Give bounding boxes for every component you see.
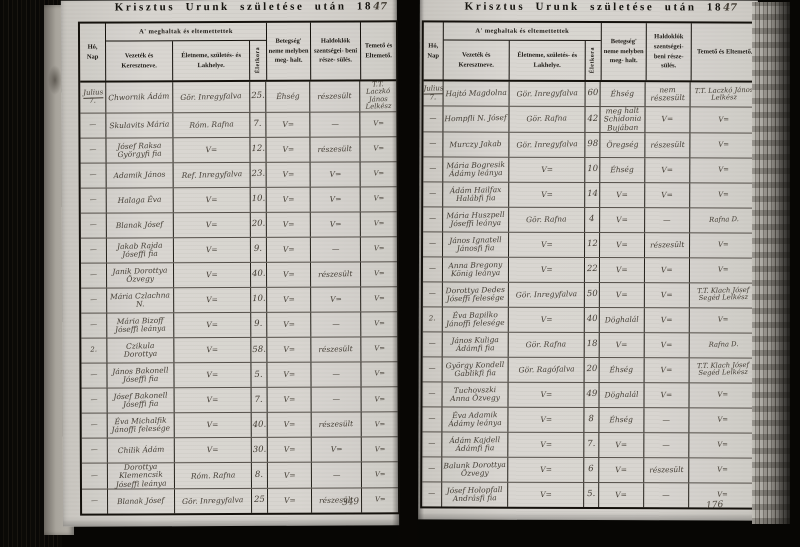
disease-cell: V=	[267, 263, 311, 287]
residence-cell: V=	[508, 383, 584, 407]
name-cell: György Kondell Gablikfi fia	[443, 357, 509, 381]
name-cell: Hompfli N. Jósef	[443, 107, 509, 132]
name-cell: Jósef Holopfall Andrásfi fia	[442, 482, 508, 506]
disease-cell: V=	[599, 433, 644, 457]
age-cell: 9.	[251, 238, 267, 262]
name-cell: János Bakonell Jóseffi fia	[107, 363, 174, 387]
table-row: — Ádám Hailfax Halábfi fia V= 14 V= V= V…	[423, 182, 757, 208]
sacrament-cell: V=	[311, 187, 361, 211]
age-cell: 6	[584, 458, 599, 482]
name-cell: Skulavits Mária	[106, 113, 173, 137]
residence-cell: Gör. Inregyfalva	[173, 82, 250, 112]
month-day-cell: —	[81, 163, 107, 187]
disease-cell: Éhség	[599, 408, 644, 432]
disease-cell: V=	[600, 183, 645, 207]
header-group-deceased: A' meghaltak és eltemettettek Vezeték és…	[106, 23, 267, 81]
residence-cell: V=	[173, 138, 250, 162]
disease-cell: Döghalál	[600, 308, 645, 332]
month-day-cell: —	[81, 189, 107, 213]
day-entry: —	[428, 390, 435, 398]
table-row: — György Kondell Gablikfi fia Gör. Ragóf…	[423, 357, 757, 383]
month-day-cell: —	[81, 289, 107, 313]
book-scan: Krisztus Urunk születése után 1847 Hó, N…	[0, 0, 800, 547]
burial-cell: T.T. Laczkó János Lelkész	[360, 81, 396, 111]
residence-cell: V=	[174, 238, 251, 262]
month-day-cell: —	[422, 407, 442, 431]
age-cell: 8.	[252, 463, 268, 488]
sacrament-cell: —	[310, 112, 360, 136]
residence-cell: Ref. Inregyfalva	[174, 163, 251, 187]
disease-cell: V=	[268, 489, 312, 513]
title-year-handwritten: 47	[373, 1, 387, 12]
name-cell: Mária Czlachna N.	[107, 288, 174, 312]
burial-cell: V=	[689, 458, 756, 482]
table-row: — János Ignatell Jánosfi fia V= 12 V= ré…	[423, 232, 757, 258]
disease-cell: V=	[600, 283, 645, 307]
residence-cell: V=	[174, 263, 251, 287]
month-day-cell: —	[81, 264, 107, 288]
residence-cell: Róm. Rafna	[175, 463, 252, 488]
header-name: Vezeték és Keresztneve.	[444, 40, 510, 79]
day-entry: —	[429, 340, 436, 348]
burial-cell: V=	[690, 308, 757, 332]
table-row: — Tuchovszki Anna Özvegy V= 49 Döghalál …	[422, 382, 756, 408]
title-printed-text: Krisztus Urunk születése után 18	[115, 0, 373, 13]
residence-cell: V=	[508, 408, 584, 432]
header-group-label: A' meghaltak és eltemettettek	[444, 22, 601, 41]
day-entry: —	[90, 197, 97, 205]
name-cell: Halaga Éva	[107, 188, 174, 212]
page-title: Krisztus Urunk születése után 1847	[101, 0, 401, 13]
residence-cell: V=	[508, 483, 584, 507]
day-entry: —	[90, 247, 97, 255]
burial-cell: V=	[689, 408, 756, 432]
residence-cell: V=	[175, 413, 252, 437]
disease-cell: Éhség	[266, 82, 310, 112]
table-row: — Jakab Rajda Jóseffi fia V= 9. V= — V=	[81, 237, 397, 263]
table-row: — János Kuliga Ádámfi fia Gör. Rafna 18 …	[423, 332, 757, 358]
age-cell: 5.	[584, 483, 599, 507]
table-row: — Mária Czlachna N. V= 10. V= V= V=	[81, 287, 397, 313]
name-cell: Chwornik Ádám	[106, 82, 173, 112]
book-binding-gutter	[392, 0, 424, 547]
day-entry: —	[90, 397, 97, 405]
disease-cell: V=	[267, 288, 311, 312]
residence-cell: V=	[508, 458, 584, 482]
age-cell: 40.	[252, 413, 268, 437]
table-row: — Mária Bizoff Jóseffi leánya V= 9. V= —…	[81, 312, 397, 338]
day-entry: —	[429, 140, 436, 148]
burial-cell: Rafna D.	[690, 208, 757, 232]
table-row: — Balunk Dorottya Özvegy V= 6 V= részesü…	[422, 457, 756, 483]
day-entry: —	[90, 222, 97, 230]
burial-cell: Rafna D.	[690, 333, 757, 357]
age-cell: 60	[586, 82, 601, 106]
residence-cell: Gör. Inregyfalva	[175, 489, 252, 513]
sacrament-cell: —	[312, 388, 362, 412]
name-cell: Dorottya Dedes Jóseffi felesége	[443, 282, 509, 306]
month-day-cell: —	[82, 464, 108, 489]
month-day-cell: —	[423, 282, 443, 306]
burial-cell: V=	[690, 107, 757, 132]
disease-cell: V=	[266, 138, 310, 162]
name-cell: Czikula Dorottya	[107, 338, 174, 362]
sacrament-cell: V=	[312, 438, 362, 462]
day-entry: —	[428, 440, 435, 448]
sacrament-cell: részesült	[310, 137, 360, 161]
page-number: 349	[342, 497, 360, 508]
register-table-left: Hó, Nap A' meghaltak és eltemettettek Ve…	[78, 20, 400, 515]
header-disease: Betegség' neme melyben meg- halt.	[602, 23, 647, 80]
disease-cell: Éhség	[601, 82, 646, 106]
age-cell: 7.	[250, 113, 266, 137]
day-entry: —	[89, 122, 96, 130]
burial-cell: V=	[690, 133, 757, 157]
month-day-cell: —	[423, 332, 443, 356]
residence-cell: V=	[174, 188, 251, 212]
name-cell: Janik Dorottya Özvegy	[107, 263, 174, 287]
day-entry: —	[429, 365, 436, 373]
disease-cell: V=	[267, 188, 311, 212]
table-row: — János Bakonell Jóseffi fia V= 5. V= — …	[81, 362, 397, 388]
day-entry: —	[428, 491, 435, 499]
residence-cell: V=	[174, 313, 251, 337]
day-entry: —	[90, 272, 97, 280]
sacrament-cell: részesült	[645, 233, 690, 257]
residence-cell: V=	[509, 308, 585, 332]
page-title: Krisztus Urunk születése után 1847	[446, 1, 756, 14]
table-body: Julius 7. Chwornik Ádám Gör. Inregyfalva…	[80, 81, 398, 513]
sacrament-cell: részesült	[311, 338, 361, 362]
age-cell: 22	[585, 258, 600, 282]
age-cell: 4	[585, 208, 600, 232]
day-entry: —	[91, 422, 98, 430]
age-cell: 40.	[251, 263, 267, 287]
table-row: 2. Czikula Dorottya V= 58. V= részesült …	[81, 337, 397, 363]
page-number: 176	[706, 500, 724, 511]
age-cell: 25.	[250, 82, 266, 112]
header-age: Életkora	[589, 47, 598, 73]
burial-cell: V=	[689, 383, 756, 407]
age-cell: 12	[585, 233, 600, 257]
day-entry: 2.	[90, 347, 97, 355]
header-residence: Életneme, születés- és Lakhelye.	[510, 41, 586, 80]
month-day-cell: 2.	[423, 307, 443, 331]
residence-cell: Gör. Inregyfalva	[510, 82, 586, 106]
residence-cell: Gör. Rafna	[509, 333, 585, 357]
residence-cell: V=	[174, 363, 251, 387]
month-day-cell: —	[422, 482, 442, 506]
table-row: — Jósef Raksa Györgyfi fia V= 12. V= rés…	[80, 137, 396, 163]
age-cell: 8	[584, 408, 599, 432]
title-printed-text: Krisztus Urunk születése után 18	[465, 1, 723, 14]
header-disease: Betegség' neme melyben meg- halt.	[267, 23, 311, 80]
month-day-cell: —	[423, 182, 443, 206]
age-cell: 7.	[252, 388, 268, 412]
table-row: — Blanak Jósef V= 20. V= V= V=	[81, 212, 397, 238]
day-entry: 7.	[430, 94, 437, 102]
burial-cell: V=	[689, 433, 756, 457]
sacrament-cell: V=	[645, 183, 690, 207]
name-cell: Éva Bapilko Jánoffi felesége	[443, 307, 509, 331]
residence-cell: Gör. Ragófalva	[509, 358, 585, 382]
day-entry: —	[90, 172, 97, 180]
sacrament-cell: V=	[645, 283, 690, 307]
month-day-cell: —	[423, 207, 443, 231]
sacrament-cell: —	[311, 313, 361, 337]
residence-cell: Gör. Rafna	[509, 107, 585, 132]
residence-cell: Gör. Inregyfalva	[509, 283, 585, 307]
residence-cell: Gör. Inregyfalva	[509, 132, 585, 156]
table-row: — Anna Bregony König leánya V= 22 V= V= …	[423, 257, 757, 283]
day-entry: —	[429, 240, 436, 248]
age-cell: 7.	[584, 433, 599, 457]
month-day-cell: —	[422, 457, 442, 481]
age-cell: 42	[585, 107, 600, 132]
table-row: — Dorottya Dedes Jóseffi felesége Gör. I…	[423, 282, 757, 308]
residence-cell: Gör. Rafna	[509, 208, 585, 232]
table-header: Hó, Nap A' meghaltak és eltemettettek Ve…	[424, 22, 758, 82]
month-day-cell: —	[80, 138, 106, 162]
register-table-right: Hó, Nap A' meghaltak és eltemettettek Ve…	[420, 20, 760, 509]
name-cell: Mária Bizoff Jóseffi leánya	[107, 313, 174, 337]
table-row: Julius 7. Chwornik Ádám Gör. Inregyfalva…	[80, 81, 396, 113]
disease-cell: V=	[600, 258, 645, 282]
table-row: — Hompfli N. Jósef Gör. Rafna 42 meg hal…	[423, 106, 757, 133]
age-cell: 10	[585, 158, 600, 182]
age-cell: 25	[252, 489, 268, 513]
residence-cell: V=	[509, 183, 585, 207]
name-cell: Anna Bregony König leánya	[443, 257, 509, 281]
sacrament-cell: V=	[645, 358, 690, 382]
header-sacrament: Haldoklók szentségei- beni része- sülés.	[311, 22, 361, 79]
disease-cell: V=	[599, 483, 644, 507]
disease-cell: V=	[268, 438, 312, 462]
month-day-cell: 2.	[81, 339, 107, 363]
table-row: — Mária Bogresik Ádámy leánya V= 10 Éhsé…	[423, 157, 757, 183]
burial-cell: V=	[690, 158, 757, 182]
month-day-cell: Julius 7.	[424, 81, 444, 105]
residence-cell: V=	[509, 258, 585, 282]
burial-cell: V=	[690, 233, 757, 257]
table-row: — Murczy Jakab Gör. Inregyfalva 98 Öregs…	[423, 132, 757, 158]
age-cell: 49	[584, 383, 599, 407]
disease-cell: V=	[267, 163, 311, 187]
day-entry: —	[90, 297, 97, 305]
name-cell: Dorottya Klemencsik Jóseffi leánya	[108, 464, 175, 489]
name-cell: Éva Michalfik Jánoffi felesége	[108, 413, 175, 437]
table-row: — Jósef Bakonell Jóseffi fia V= 7. V= — …	[82, 387, 398, 413]
age-cell: 40	[585, 308, 600, 332]
age-cell: 23.	[251, 163, 267, 187]
sacrament-cell: V=	[645, 308, 690, 332]
age-cell: 10.	[251, 188, 267, 212]
name-cell: Tuchovszki Anna Özvegy	[442, 382, 508, 406]
name-cell: Blanak Jósef	[108, 489, 175, 513]
disease-cell: V=	[600, 333, 645, 357]
residence-cell: Róm. Rafna	[173, 113, 250, 137]
name-cell: Ádám Hailfax Halábfi fia	[443, 182, 509, 206]
sacrament-cell: —	[311, 363, 361, 387]
table-row: — Mária Huszpell Jóseffi leánya Gör. Raf…	[423, 207, 757, 233]
disease-cell: V=	[267, 238, 311, 262]
disease-cell: V=	[266, 113, 310, 137]
age-cell: 50	[585, 283, 600, 307]
month-day-cell: —	[423, 232, 443, 256]
name-cell: Jakab Rajda Jóseffi fia	[107, 238, 174, 262]
month-day-cell: —	[422, 382, 442, 406]
table-row: 2. Éva Bapilko Jánoffi felesége V= 40 Dö…	[423, 307, 757, 333]
day-entry: —	[91, 498, 98, 506]
table-row: — Éva Adamik Ádámy leánya V= 8 Éhség — V…	[422, 407, 756, 433]
table-row: — Éva Michalfik Jánoffi felesége V= 40. …	[82, 413, 398, 439]
disease-cell: Éhség	[600, 358, 645, 382]
residence-cell: V=	[175, 438, 252, 462]
page-stack-edge	[752, 2, 790, 524]
disease-cell: V=	[268, 413, 312, 437]
residence-cell: V=	[509, 158, 585, 182]
name-cell: Jósef Bakonell Jóseffi fia	[108, 388, 175, 412]
sacrament-cell: részesült	[310, 81, 360, 111]
disease-cell: V=	[268, 388, 312, 412]
disease-cell: V=	[267, 363, 311, 387]
disease-cell: V=	[600, 208, 645, 232]
name-cell: Mária Bogresik Ádámy leánya	[443, 157, 509, 181]
sacrament-cell: V=	[644, 383, 689, 407]
table-row: — Adamik János Ref. Inregyfalva 23. V= V…	[81, 162, 397, 188]
disease-cell: V=	[267, 313, 311, 337]
age-cell: 58.	[251, 338, 267, 362]
month-day-cell: —	[82, 389, 108, 413]
table-row: — Dorottya Klemencsik Jóseffi leánya Róm…	[82, 463, 398, 490]
name-cell: Ádám Kajdell Ádámfi fia	[442, 432, 508, 456]
header-residence: Életneme, születés- és Lakhelye.	[173, 41, 250, 80]
residence-cell: V=	[175, 388, 252, 412]
disease-cell: Öregség	[600, 133, 645, 157]
sacrament-cell: V=	[311, 288, 361, 312]
day-entry: 7.	[89, 98, 96, 106]
header-group-label: A' meghaltak és eltemettettek	[106, 23, 266, 42]
name-cell: Balunk Dorottya Özvegy	[442, 457, 508, 481]
month-day-cell: —	[81, 239, 107, 263]
header-month-day: Hó, Nap	[424, 22, 444, 79]
month-day-cell: —	[82, 439, 108, 463]
month-day-cell: —	[80, 113, 106, 137]
left-page: Krisztus Urunk születése után 1847 Hó, N…	[61, 0, 399, 527]
day-entry: —	[428, 466, 435, 474]
month-day-cell: —	[82, 490, 108, 514]
residence-cell: V=	[508, 433, 584, 457]
sacrament-cell: V=	[645, 107, 690, 132]
day-entry: —	[429, 265, 436, 273]
age-cell: 5.	[251, 363, 267, 387]
header-subrow: Vezeték és Keresztneve. Életneme, szület…	[444, 40, 601, 80]
sacrament-cell: részesült	[311, 262, 361, 286]
day-entry: —	[429, 115, 436, 123]
month-day-cell: —	[422, 432, 442, 456]
month-day-cell: —	[423, 157, 443, 181]
month-day-cell: —	[423, 357, 443, 381]
header-age: Életkora	[254, 47, 263, 73]
table-row: — Janik Dorottya Özvegy V= 40. V= részes…	[81, 262, 397, 288]
header-name: Vezeték és Keresztneve.	[106, 41, 173, 80]
sacrament-cell: nem részesült	[646, 82, 691, 106]
age-cell: 9.	[251, 313, 267, 337]
table-header: Hó, Nap A' meghaltak és eltemettettek Ve…	[80, 22, 396, 82]
disease-cell: Döghalál	[599, 383, 644, 407]
age-cell: 10.	[251, 288, 267, 312]
name-cell: Adamik János	[107, 163, 174, 187]
age-cell: 30.	[252, 438, 268, 462]
name-cell: Chilik Ádám	[108, 439, 175, 463]
age-cell: 12.	[250, 138, 266, 162]
day-entry: —	[428, 415, 435, 423]
day-entry: —	[429, 165, 436, 173]
burial-cell: V=	[690, 258, 757, 282]
month-day-cell: —	[82, 414, 108, 438]
name-cell: Murczy Jakab	[443, 132, 509, 156]
age-cell: 18	[585, 333, 600, 357]
name-cell: Blanak Jósef	[107, 213, 174, 237]
day-entry: —	[429, 290, 436, 298]
residence-cell: V=	[174, 213, 251, 237]
residence-cell: V=	[174, 338, 251, 362]
table-row: — Chilik Ádám V= 30. V= V= V=	[82, 438, 398, 464]
header-burial: Temető és Eltemető.	[692, 23, 758, 80]
age-cell: 14	[585, 183, 600, 207]
sacrament-cell: részesült	[312, 413, 362, 437]
day-entry: 2.	[429, 315, 436, 323]
table-row: — Ádám Kajdell Ádámfi fia V= 7. V= — V=	[422, 432, 756, 458]
name-cell: Mária Huszpell Jóseffi leánya	[443, 207, 509, 231]
name-cell: János Ignatell Jánosfi fia	[443, 232, 509, 256]
header-month-day: Hó, Nap	[80, 24, 106, 81]
table-row: Julius 7. Hajtó Magdolna Gör. Inregyfalv…	[424, 81, 758, 107]
title-year-handwritten: 47	[723, 2, 737, 13]
day-entry: —	[429, 190, 436, 198]
age-cell: 20.	[251, 213, 267, 237]
name-cell: János Kuliga Ádámfi fia	[443, 332, 509, 356]
disease-cell: V=	[599, 458, 644, 482]
burial-cell: T.T. Klach Jósef Segéd Lelkész	[690, 283, 757, 307]
sacrament-cell: —	[644, 408, 689, 432]
right-page: Krisztus Urunk születése után 1847 Hó, N…	[418, 0, 758, 521]
disease-cell: Éhség	[600, 158, 645, 182]
header-subrow: Vezeték és Keresztneve. Életneme, szület…	[106, 41, 266, 81]
sacrament-cell: V=	[311, 212, 361, 236]
burial-cell: T.T. Laczkó János Lelkész	[691, 82, 758, 106]
table-body: Julius 7. Hajtó Magdolna Gör. Inregyfalv…	[422, 81, 757, 507]
disease-cell: V=	[268, 463, 312, 488]
header-burial: Temető és Eltemető.	[361, 22, 396, 79]
sacrament-cell: részesült	[645, 133, 690, 157]
name-cell: Hajtó Magdolna	[444, 81, 510, 105]
sacrament-cell: —	[645, 208, 690, 232]
name-cell: Éva Adamik Ádámy leánya	[442, 407, 508, 431]
day-entry: —	[90, 372, 97, 380]
day-entry: —	[89, 147, 96, 155]
sacrament-cell: V=	[645, 258, 690, 282]
age-cell: 98	[585, 133, 600, 157]
day-entry: —	[91, 472, 98, 480]
header-sacrament: Haldoklók szentségei- beni része- sülés.	[647, 23, 692, 80]
disease-cell: V=	[600, 233, 645, 257]
table-row: — Halaga Éva V= 10. V= V= V=	[81, 187, 397, 213]
month-day-cell: —	[81, 364, 107, 388]
sacrament-cell: —	[644, 483, 689, 507]
sacrament-cell: —	[311, 237, 361, 261]
month-day-cell: —	[81, 214, 107, 238]
